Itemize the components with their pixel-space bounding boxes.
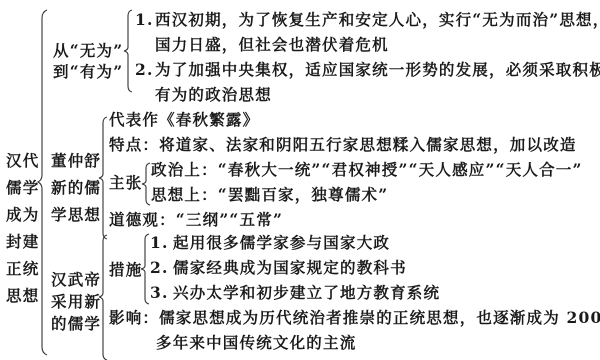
section1-item-number: 1.	[135, 10, 154, 30]
section3-influence: 影响：儒家思想成为历代统治者推崇的正统思想，也逐渐成为 2000	[109, 308, 600, 328]
section2-morality: 道德观：“三纲”“五常”	[109, 210, 283, 230]
section3-measure-number: 3.	[150, 283, 169, 303]
section1-item-text: 为了加强中央集权，适应国家统一形势的发展，必须采取积极	[155, 60, 600, 80]
section3-measure-text: 起用很多儒学家参与国家大政	[173, 233, 390, 253]
section3-measure-number: 2.	[150, 258, 169, 278]
section1-label: 到“有为”	[53, 62, 123, 82]
section2-representative-work: 代表作《春秋繁露》	[109, 110, 259, 130]
root-brace-icon	[38, 10, 50, 355]
section1-brace-icon	[124, 10, 134, 92]
section2-label: 学思想	[51, 205, 101, 225]
section3-label: 采用新	[51, 292, 101, 312]
section3-measures-label: 措施	[109, 260, 142, 280]
section3-measure-text: 兴办太学和初步建立了地方教育系统	[173, 283, 440, 303]
section2-proposal: 思想上：“罢黜百家，独尊儒术”	[151, 185, 388, 205]
section1-item-text: 西汉初期，为了恢复生产和安定人心，实行“无为而治”思想，	[155, 10, 600, 30]
section1-item-text: 有为的政治思想	[155, 85, 272, 105]
root-title-line: 正统	[6, 259, 39, 279]
root-title-line: 封建	[6, 232, 39, 252]
root-title-line: 思想	[6, 286, 39, 306]
root-title-line: 儒学	[6, 178, 39, 198]
section1-item-text: 国力日盛，但社会也潜伏着危机	[155, 35, 389, 55]
section3-measure-number: 1.	[150, 233, 169, 253]
root-title-line: 成为	[6, 205, 39, 225]
section3-label: 的儒学	[51, 314, 101, 334]
section2-proposal-label: 主张	[109, 173, 142, 193]
section3-measure-text: 儒家经典成为国家规定的教科书	[173, 258, 407, 278]
section3-influence: 多年来中国传统文化的主流	[156, 333, 356, 353]
section2-feature: 特点：将道家、法家和阴阳五行家思想糅入儒家思想，加以改造	[109, 135, 577, 155]
section1-label: 从“无为”	[53, 41, 123, 61]
section1-item-number: 2.	[135, 60, 154, 80]
section3-brace-icon	[99, 235, 109, 360]
section2-label: 新的儒	[51, 178, 101, 198]
section3-label: 汉武帝	[51, 270, 101, 290]
section2-label: 董仲舒	[51, 151, 101, 171]
section2-brace-icon	[99, 117, 109, 239]
root-title-line: 汉代	[6, 151, 39, 171]
section2-proposal: 政治上：“春秋大一统”“君权神授”“天人感应”“天人合一”	[151, 160, 583, 180]
